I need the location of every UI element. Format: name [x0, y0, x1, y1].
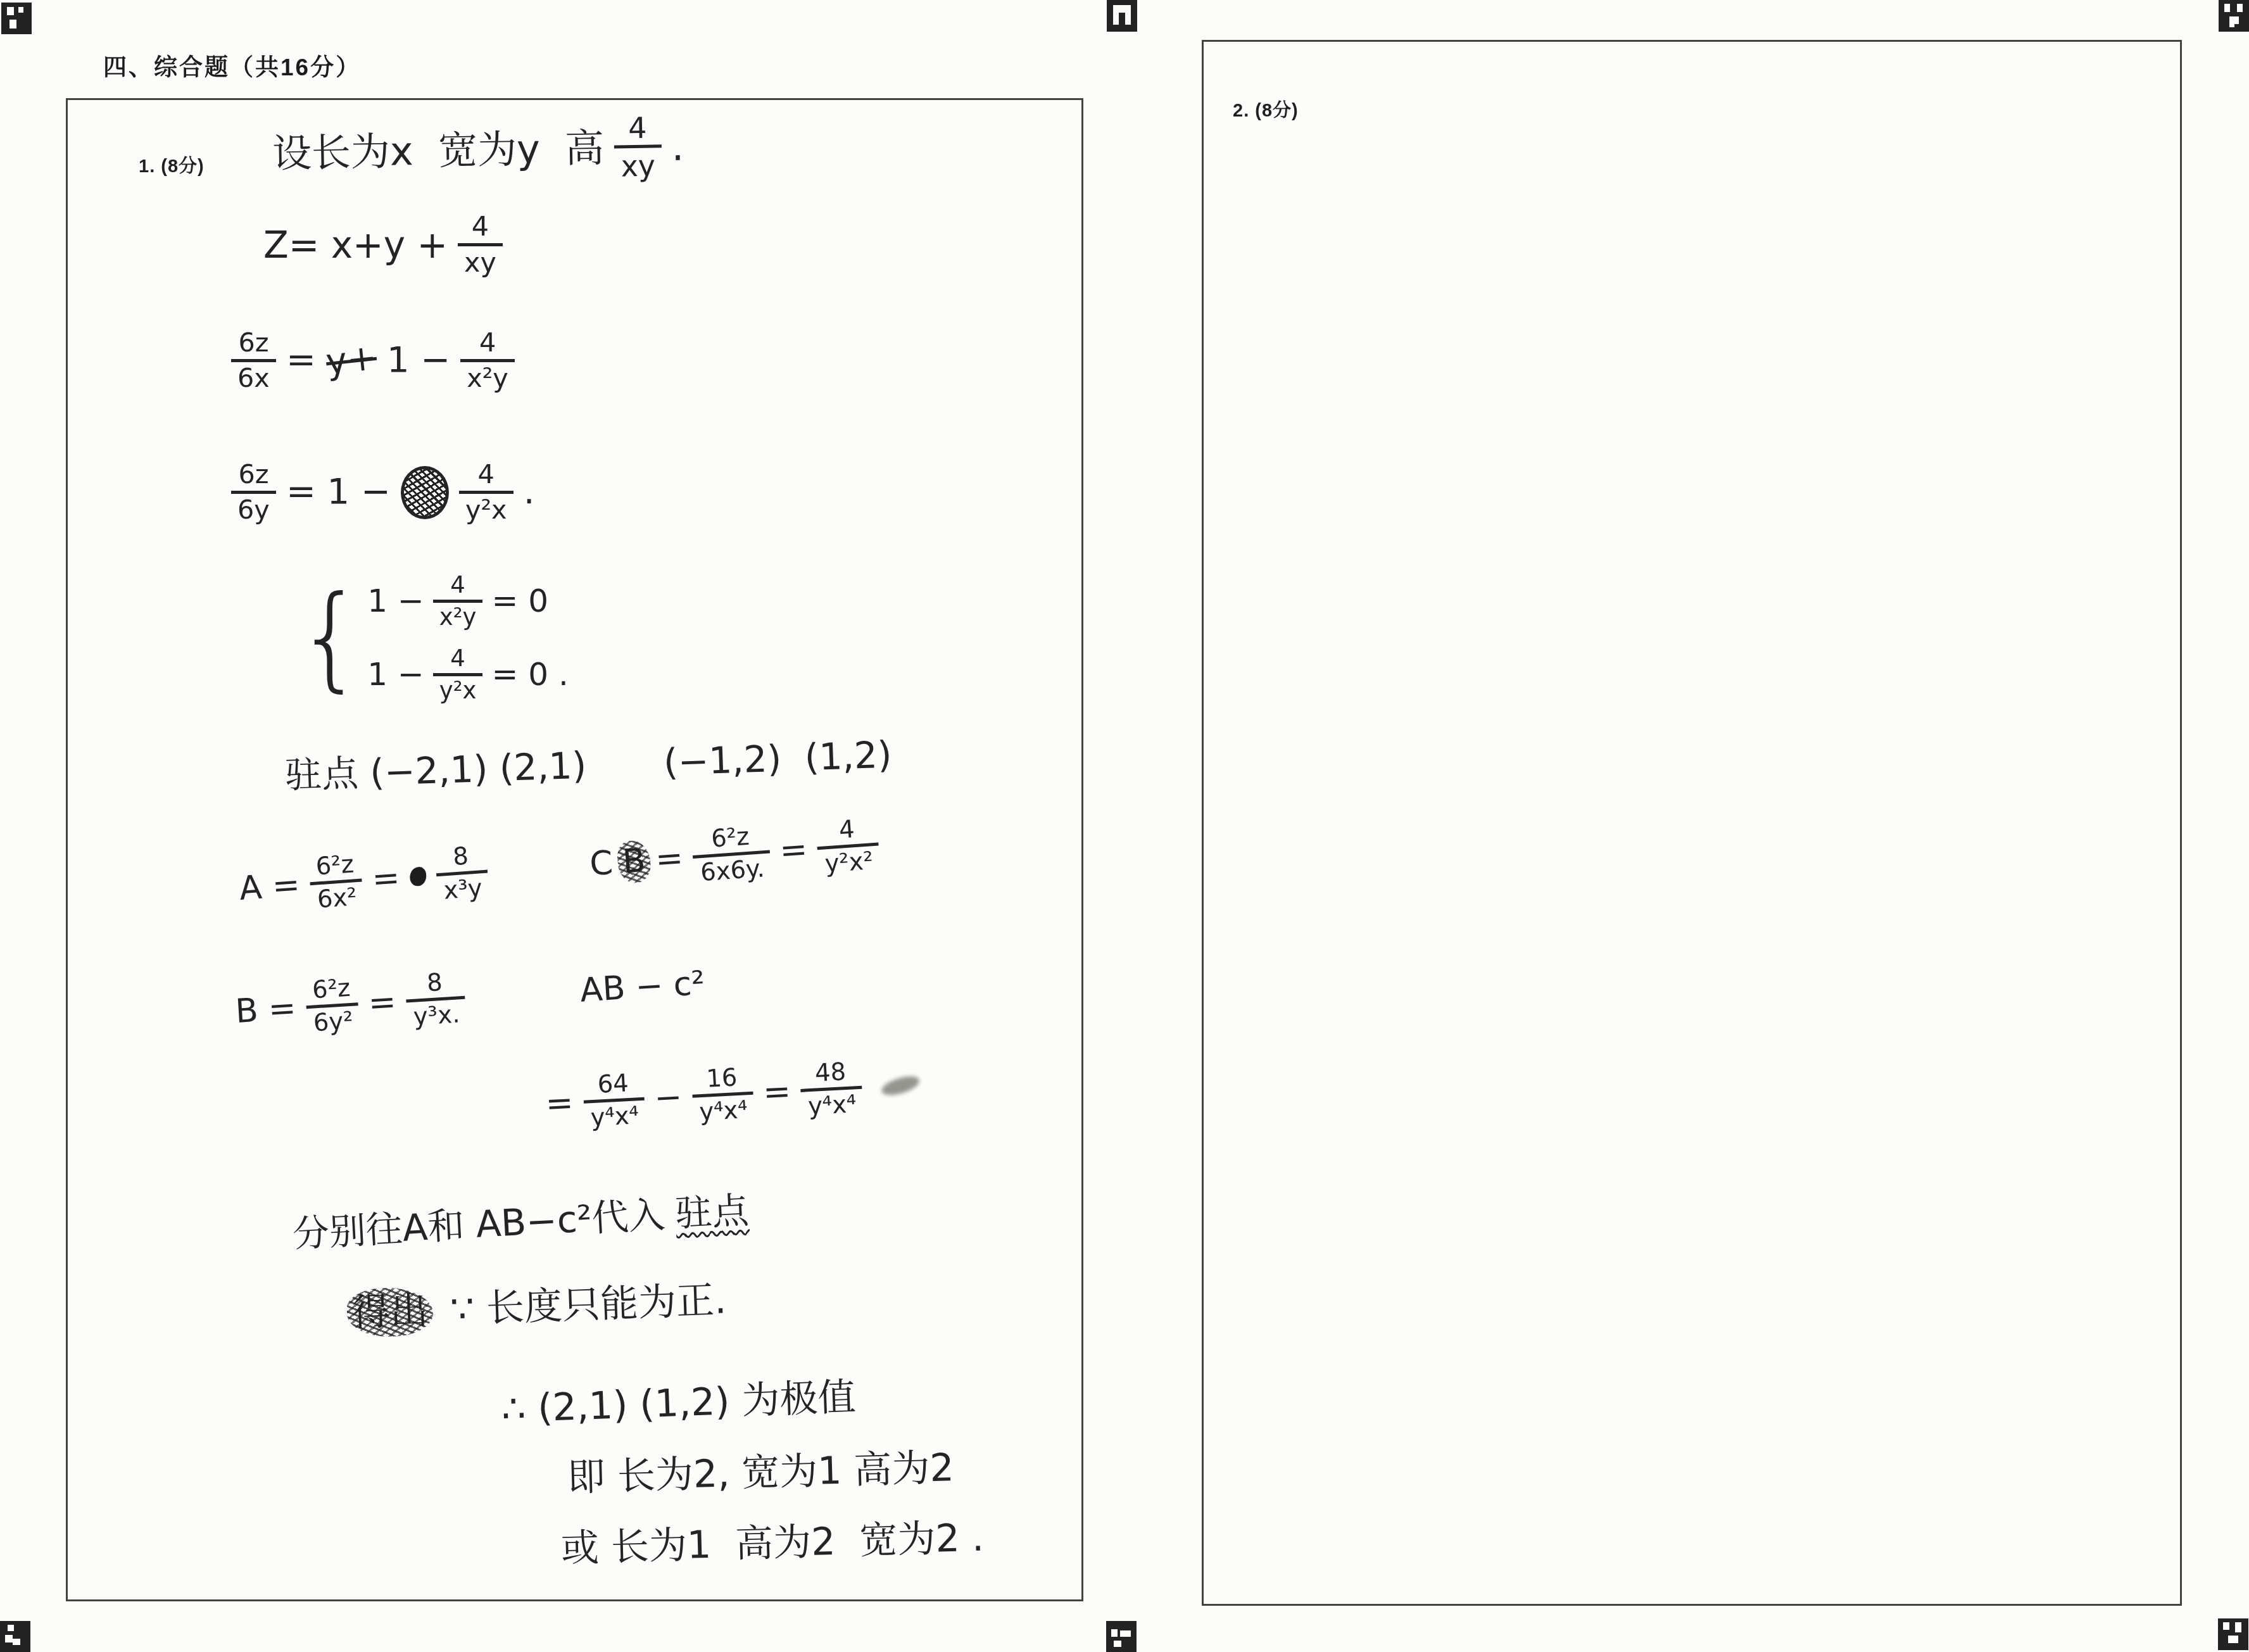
- handwritten-fraction: 4x²y: [433, 573, 483, 630]
- handwritten-text: =: [779, 831, 809, 871]
- fraction-denominator: x²y: [460, 359, 515, 393]
- handwritten-line: 驻点 (−2,1) (2,1)(−1,2) (1,2): [284, 734, 893, 797]
- fraction-numerator: 4: [474, 329, 501, 359]
- fraction-denominator: 6x: [231, 359, 276, 393]
- fraction-numerator: 6²z: [310, 852, 360, 883]
- fraction-denominator: x²y: [433, 600, 483, 630]
- spacer: [596, 763, 653, 765]
- handwritten-text: C: [588, 844, 614, 883]
- handwritten-text: 即 长为2, 宽为1 高为2: [567, 1446, 954, 1500]
- ink-blot: [409, 867, 427, 887]
- handwritten-line: 分别往A和 AB−c²代入驻点: [291, 1189, 750, 1255]
- handwritten-text: .: [671, 123, 684, 169]
- handwritten-fraction: 4xy: [614, 112, 662, 182]
- scribbled-out-text: B: [622, 842, 647, 881]
- fraction-denominator: y²x: [433, 673, 483, 703]
- handwritten-fraction: 16y⁴x⁴: [691, 1064, 755, 1126]
- fraction-numerator: 6z: [233, 461, 274, 491]
- fraction-denominator: y⁴x⁴: [692, 1092, 755, 1126]
- handwritten-line: =64y⁴x⁴−16y⁴x⁴=48y⁴x⁴: [545, 1056, 922, 1134]
- fraction-numerator: 8: [421, 970, 448, 999]
- handwritten-line: 设长为x 宽为y 高4xy.: [272, 112, 684, 188]
- fraction-denominator: y⁴x⁴: [583, 1097, 646, 1132]
- crossed-out-text: y+: [324, 337, 379, 383]
- handwritten-text: A =: [238, 866, 301, 908]
- fraction-numerator: 64: [592, 1071, 634, 1100]
- handwritten-fraction: 6z6x: [231, 329, 276, 392]
- handwritten-text: =: [371, 859, 401, 899]
- handwritten-text: AB − c²: [579, 964, 706, 1010]
- handwritten-text: ∵ 长度只能为正.: [438, 1278, 728, 1332]
- fraction-denominator: x³y: [436, 870, 489, 905]
- fraction-numerator: 4: [833, 816, 860, 845]
- fraction-numerator: 4: [473, 461, 500, 491]
- scanned-answer-sheet: 四、综合题（共16分） 1. (8分) 2. (8分) 设长为x 宽为y 高4x…: [0, 0, 2249, 1652]
- handwritten-line: 或 长为1 高为2 宽为2 .: [560, 1516, 985, 1571]
- fraction-numerator: 16: [700, 1065, 743, 1095]
- spacer: [498, 866, 580, 871]
- handwritten-fraction: 6²z6x²: [308, 852, 364, 914]
- fraction-denominator: y²x: [459, 491, 513, 524]
- handwritten-fraction: 8x³y: [434, 843, 489, 905]
- handwritten-fraction: 6²z6x6y.: [691, 823, 771, 887]
- handwritten-text: Z= x+y +: [263, 224, 448, 267]
- handwritten-fraction: 4x²y: [460, 329, 515, 392]
- fraction-denominator: 6x²: [310, 879, 364, 914]
- handwritten-text: (−1,2) (1,2): [663, 734, 893, 784]
- handwritten-line: 6z6y= 1 −4y²x.: [231, 461, 534, 524]
- fraction-numerator: 4: [623, 113, 652, 146]
- fraction-denominator: y²x²: [817, 843, 881, 878]
- ink-smudge: [879, 1073, 921, 1099]
- handwritten-text: = 0 .: [491, 657, 568, 693]
- handwritten-fraction: 4xy: [458, 213, 503, 277]
- handwritten-text: =: [545, 1084, 574, 1123]
- handwritten-text: 设长为x 宽为y 高: [272, 125, 604, 175]
- fraction-denominator: xy: [614, 144, 662, 181]
- fraction-denominator: 6x6y.: [693, 850, 771, 887]
- fraction-numerator: 4: [445, 573, 470, 600]
- handwritten-fraction: 48y⁴x⁴: [800, 1059, 864, 1121]
- ink-scribble: [401, 466, 449, 519]
- handwritten-text: =: [762, 1073, 792, 1112]
- spacer: [476, 992, 570, 997]
- fraction-numerator: 4: [445, 646, 470, 673]
- handwritten-fraction: 64y⁴x⁴: [582, 1070, 646, 1132]
- handwritten-text: 1 −: [367, 583, 424, 620]
- handwritten-line: ∴ (2,1) (1,2) 为极值: [501, 1375, 857, 1431]
- fraction-numerator: 6²z: [705, 824, 755, 855]
- handwritten-text: = 0: [491, 583, 548, 620]
- underlined-text: 驻点: [674, 1189, 750, 1235]
- handwritten-text: =: [367, 983, 397, 1023]
- handwritten-fraction: 8y³x.: [405, 969, 467, 1031]
- fraction-numerator: 6²z: [306, 975, 356, 1006]
- handwritten-equation-row: 1 −4y²x= 0 .: [367, 646, 569, 703]
- system-rows: 1 −4x²y= 01 −4y²x= 0 .: [367, 573, 569, 703]
- handwritten-text: 1 −: [367, 657, 424, 693]
- equation-system: {1 −4x²y= 01 −4y²x= 0 .: [296, 573, 569, 703]
- fraction-denominator: xy: [458, 243, 503, 277]
- handwriting-layer: 设长为x 宽为y 高4xy.Z= x+y +4xy6z6x=y+1 −4x²y6…: [0, 0, 2249, 1652]
- fraction-numerator: 48: [809, 1059, 852, 1089]
- handwritten-text: =: [654, 840, 684, 880]
- handwritten-text: 1 −: [387, 340, 450, 381]
- handwritten-text: =: [286, 340, 316, 381]
- handwritten-line: 即 长为2, 宽为1 高为2: [567, 1446, 954, 1500]
- fraction-denominator: 6y: [231, 491, 276, 524]
- handwritten-text: ∴ (2,1) (1,2) 为极值: [501, 1375, 857, 1431]
- handwritten-text: 分别往A和 AB−c²代入: [291, 1194, 666, 1255]
- handwritten-text: B =: [234, 990, 297, 1031]
- handwritten-fraction: 4y²x²: [816, 816, 881, 878]
- handwritten-line: Z= x+y +4xy: [263, 213, 503, 277]
- fraction-denominator: y³x.: [406, 996, 467, 1031]
- fraction-numerator: 4: [467, 213, 494, 243]
- handwritten-text: −: [653, 1078, 683, 1118]
- handwritten-fraction: 6²z6y²: [305, 975, 360, 1037]
- handwritten-line: 6z6x=y+1 −4x²y: [231, 329, 515, 392]
- fraction-denominator: 6y²: [306, 1003, 360, 1037]
- handwritten-line: {1 −4x²y= 01 −4y²x= 0 .: [296, 573, 569, 703]
- handwritten-fraction: 4y²x: [433, 646, 483, 703]
- handwritten-line: A =6²z6x²=8x³yCB=6²z6x6y.=4y²x²: [237, 816, 881, 919]
- handwritten-text: 或 长为1 高为2 宽为2 .: [560, 1516, 985, 1571]
- handwritten-line: 得出 ∵ 长度只能为正.: [351, 1278, 727, 1335]
- fraction-numerator: 6z: [233, 329, 274, 359]
- handwritten-text: 驻点 (−2,1) (2,1): [284, 744, 588, 797]
- handwritten-line: B =6²z6y²=8y³x.AB − c²: [234, 954, 707, 1042]
- handwritten-fraction: 6z6y: [231, 461, 276, 524]
- scribbled-out-text: 得出: [351, 1289, 429, 1335]
- fraction-numerator: 8: [447, 843, 474, 873]
- handwritten-text: = 1 −: [286, 472, 391, 512]
- handwritten-text: .: [524, 472, 535, 512]
- system-brace: {: [296, 590, 365, 686]
- fraction-denominator: y⁴x⁴: [801, 1086, 864, 1120]
- handwritten-equation-row: 1 −4x²y= 0: [367, 573, 548, 630]
- handwritten-fraction: 4y²x: [459, 461, 513, 524]
